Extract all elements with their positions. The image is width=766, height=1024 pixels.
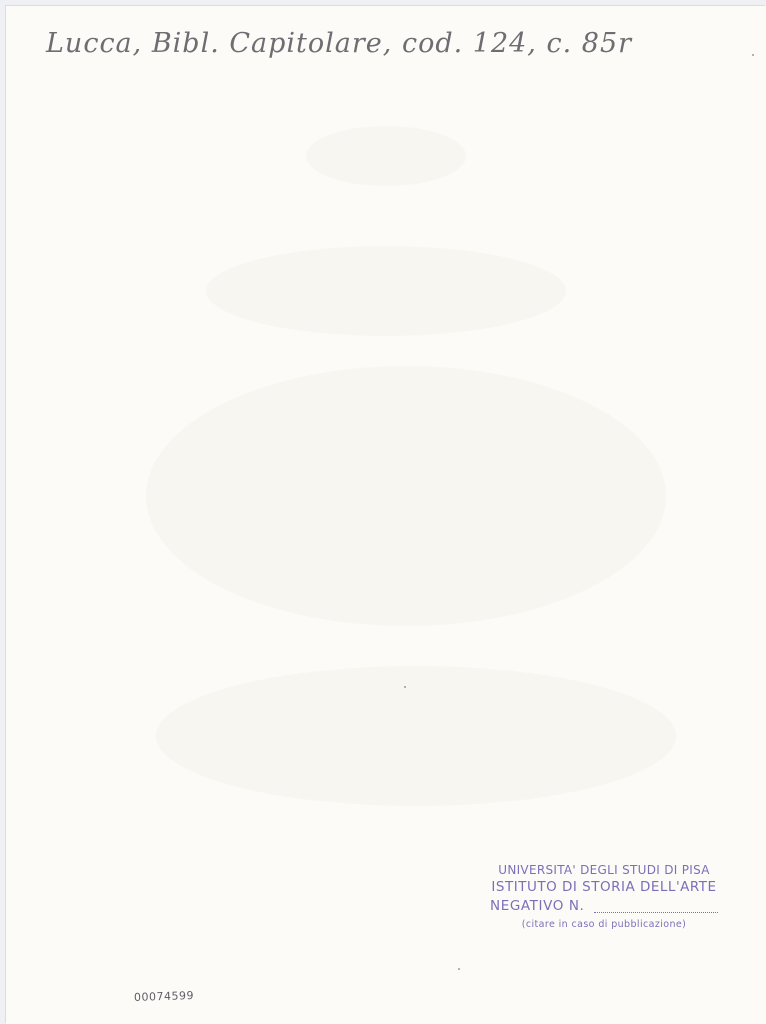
show-through-mark — [146, 366, 666, 626]
show-through-mark — [156, 666, 676, 806]
inventory-number: 00074599 — [134, 989, 194, 1004]
stamp-negative-label: NEGATIVO N. — [490, 900, 584, 914]
show-through-mark — [206, 246, 566, 336]
handwritten-caption: Lucca, Bibl. Capitolare, cod. 124, c. 85… — [46, 28, 632, 59]
institute-stamp: UNIVERSITA' DEGLI STUDI DI PISA ISTITUTO… — [484, 864, 724, 930]
stamp-negative-field — [594, 904, 718, 913]
show-through-mark — [306, 126, 466, 186]
photo-verso-sheet: Lucca, Bibl. Capitolare, cod. 124, c. 85… — [6, 6, 766, 1024]
stamp-university: UNIVERSITA' DEGLI STUDI DI PISA — [484, 864, 724, 876]
stamp-institute: ISTITUTO DI STORIA DELL'ARTE — [484, 881, 724, 895]
paper-speck — [404, 686, 406, 688]
paper-speck — [752, 54, 754, 56]
stamp-citation-note: (citare in caso di pubblicazione) — [484, 920, 724, 930]
stamp-negative-number: NEGATIVO N. — [484, 900, 724, 914]
paper-speck — [458, 968, 460, 970]
